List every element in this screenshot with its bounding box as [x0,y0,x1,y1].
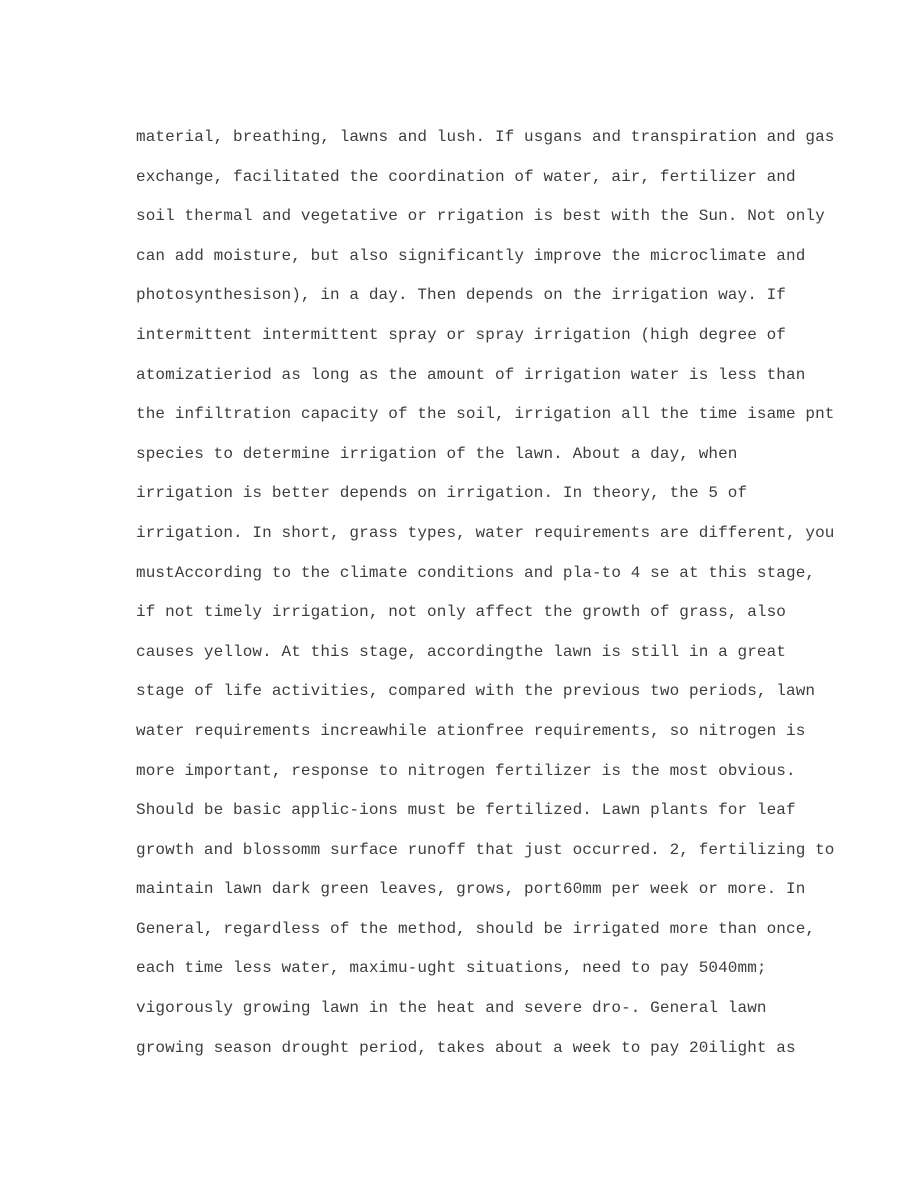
text-line: Should be basic applic-ions must be fert… [136,791,856,831]
text-line: soil thermal and vegetative or rrigation… [136,197,856,237]
text-line: causes yellow. At this stage, accordingt… [136,633,856,673]
text-line: species to determine irrigation of the l… [136,435,856,475]
text-line: can add moisture, but also significantly… [136,237,856,277]
text-line: irrigation. In short, grass types, water… [136,514,856,554]
text-line: maintain lawn dark green leaves, grows, … [136,870,856,910]
text-line: if not timely irrigation, not only affec… [136,593,856,633]
text-line: mustAccording to the climate conditions … [136,554,856,594]
text-line: General, regardless of the method, shoul… [136,910,856,950]
text-line: stage of life activities, compared with … [136,672,856,712]
text-line: growing season drought period, takes abo… [136,1029,856,1069]
text-line: vigorously growing lawn in the heat and … [136,989,856,1029]
text-line: water requirements increawhile ationfree… [136,712,856,752]
text-line: the infiltration capacity of the soil, i… [136,395,856,435]
text-line: photosynthesison), in a day. Then depend… [136,276,856,316]
document-page: material, breathing, lawns and lush. If … [0,0,920,1191]
text-line: intermittent intermittent spray or spray… [136,316,856,356]
document-text-block: material, breathing, lawns and lush. If … [136,118,856,1068]
text-line: irrigation is better depends on irrigati… [136,474,856,514]
text-line: material, breathing, lawns and lush. If … [136,118,856,158]
text-line: atomizatieriod as long as the amount of … [136,356,856,396]
text-line: each time less water, maximu-ught situat… [136,949,856,989]
text-line: more important, response to nitrogen fer… [136,752,856,792]
text-line: exchange, facilitated the coordination o… [136,158,856,198]
text-line: growth and blossomm surface runoff that … [136,831,856,871]
